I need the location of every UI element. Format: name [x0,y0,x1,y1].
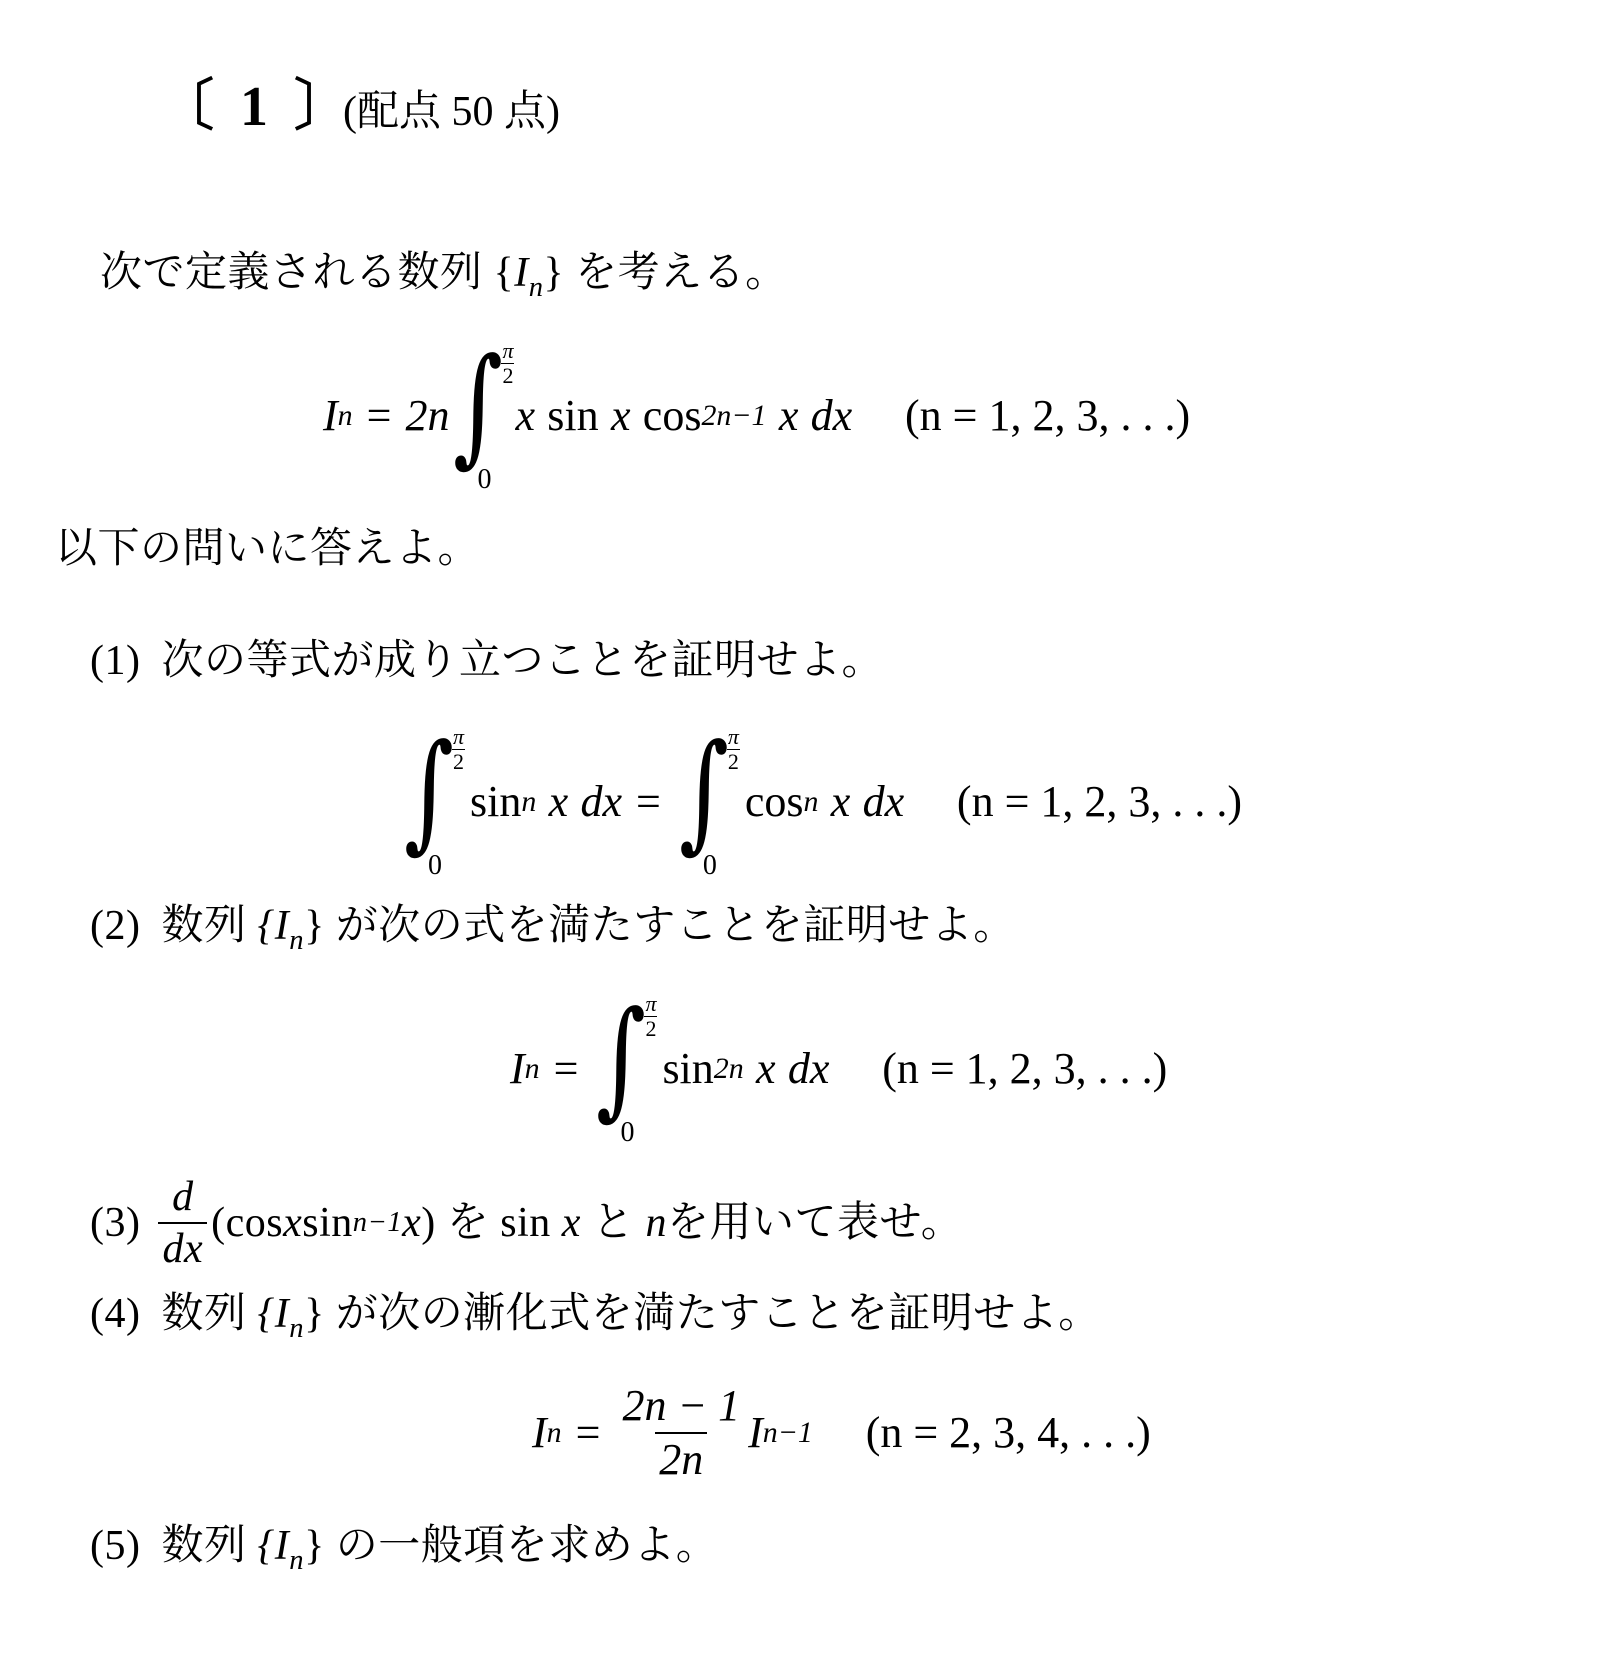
fraction-numerator: 2n − 1 [618,1384,744,1432]
question-5: (5) 数列 {In} の一般項を求めよ。 [90,1525,718,1576]
question-text-before: 数列 [161,1291,257,1337]
equals-sign: = [554,1047,579,1091]
question-text: 次の等式が成り立つことを証明せよ。 [161,638,884,684]
points-label: (配点 50 点) [343,78,560,138]
lhs-var: I [323,394,338,438]
derivative-den: dx [158,1222,207,1270]
lhs-var: I [532,1411,547,1455]
cos-fn: cos [643,394,702,438]
question-label: (5) [90,1523,140,1569]
differential: dx [863,780,905,824]
question-4: (4) 数列 {In} が次の漸化式を満たすことを証明せよ。 [90,1293,1101,1344]
coefficient: 2n [405,394,449,438]
question-1: (1) 次の等式が成り立つことを証明せよ。 [90,640,884,682]
seq-var: {I [258,1291,290,1337]
question-2-formula: In = ∫ π2 0 sin2n x dx (n = 1, 2, 3, . .… [510,1005,1167,1133]
integral-sign-icon: ∫ π2 0 [594,1005,646,1133]
seq-close-brace: } [543,250,564,296]
expr-cos-arg: x [283,1202,302,1244]
expr-exponent: n−1 [353,1209,402,1238]
seq-var: {I [258,903,290,949]
upper-limit: π2 [452,726,465,773]
differential: dx [580,780,622,824]
intro-text: 次で定義される数列 {In} を考える。 [100,252,788,303]
expr-open: (cos [211,1202,283,1244]
equals-sign: = [367,394,392,438]
question-4-formula: In = 2n − 1 2n In−1 (n = 2, 3, 4, . . .) [532,1378,1151,1488]
question-3: (3) d dx (cos x sinn−1 x) を sin x と n を用… [90,1178,963,1268]
question-label: (1) [90,638,140,684]
lhs-sub: n [525,1054,540,1084]
integral-sign-icon: ∫ π2 0 [677,738,729,866]
rhs-var: I [748,1411,763,1455]
lhs-sub: n [547,1418,562,1448]
question-label: (3) [90,1202,140,1244]
cos-arg: x [831,780,851,824]
cos-exponent: n [803,787,818,817]
definition-formula: In = 2n ∫ π2 0 x sin x cos2n−1 x dx (n =… [323,352,1190,480]
seq-close-brace: } [304,1523,325,1569]
differential: dx [788,1047,830,1091]
sinx-fn: sin [500,1202,562,1244]
upper-limit: π2 [501,340,514,387]
sin-exponent: n [521,787,536,817]
condition: (n = 2, 3, 4, . . .) [866,1411,1151,1455]
integral-sign-icon: ∫ π2 0 [402,738,454,866]
condition: (n = 1, 2, 3, . . .) [882,1047,1167,1091]
question-text-after: が次の式を満たすことを証明せよ。 [325,903,1016,949]
cos-fn: cos [745,780,804,824]
expr-sin-arg: x [402,1202,421,1244]
question-label: (2) [90,903,140,949]
sin-fn: sin [470,780,521,824]
n-var: n [645,1202,667,1244]
question-text-after: が次の漸化式を満たすことを証明せよ。 [325,1291,1101,1337]
instruction-text: 以下の問いに答えよ。 [55,528,480,570]
lower-limit: 0 [477,466,491,494]
differential: dx [811,394,853,438]
sin-arg: x [549,780,569,824]
question-text-before: 数列 [161,1523,257,1569]
seq-sub: n [289,925,304,956]
cos-arg: x [779,394,799,438]
integral-sign-icon: ∫ π2 0 [451,352,503,480]
question-label: (4) [90,1291,140,1337]
upper-limit: π2 [727,726,740,773]
upper-limit: π2 [644,993,657,1040]
seq-var: {I [258,1523,290,1569]
expr-close: ) [421,1202,436,1244]
cos-exponent: 2n−1 [701,401,766,431]
condition: (n = 1, 2, 3, . . .) [905,394,1190,438]
seq-close-brace: } [304,1291,325,1337]
sin-arg: x [611,394,631,438]
recurrence-fraction: 2n − 1 2n [618,1384,744,1482]
sin-arg: x [756,1047,776,1091]
expr-sin: sin [302,1202,353,1244]
intro-after: を考える。 [564,250,788,296]
seq-close-brace: } [304,903,325,949]
sin-exponent: 2n [714,1054,744,1084]
question-1-formula: ∫ π2 0 sinn x dx = ∫ π2 0 cosn x dx (n =… [400,738,1242,866]
question-text-after: の一般項を求めよ。 [325,1523,719,1569]
sin-fn: sin [662,1047,713,1091]
question-text-before: 数列 [161,903,257,949]
derivative-num: d [168,1176,198,1222]
lower-limit: 0 [620,1119,634,1147]
lower-limit: 0 [428,852,442,880]
derivative-operator: d dx [158,1176,207,1270]
lhs-var: I [510,1047,525,1091]
sin-fn: sin [547,394,598,438]
equals-sign: = [576,1411,601,1455]
sinx-var: x [562,1202,581,1244]
fraction-denominator: 2n [655,1432,707,1482]
intro-before: 次で定義される数列 [100,250,494,296]
integrand-x: x [515,394,535,438]
lhs-sub: n [338,401,353,431]
condition: (n = 1, 2, 3, . . .) [957,780,1242,824]
problem-number: 〔 1 〕 [158,62,356,142]
seq-sub: n [289,1545,304,1576]
text-mid-1: を [436,1202,501,1244]
question-text-after: を用いて表せ。 [667,1202,963,1244]
rhs-sub: n−1 [763,1418,813,1448]
seq-open-brace: { [494,250,515,296]
equals-sign: = [636,780,661,824]
lower-limit: 0 [703,852,717,880]
text-mid-2: と [581,1202,646,1244]
seq-sub: n [289,1313,304,1344]
seq-sub: n [529,272,544,303]
seq-var: I [514,250,529,296]
question-2: (2) 数列 {In} が次の式を満たすことを証明せよ。 [90,905,1016,956]
